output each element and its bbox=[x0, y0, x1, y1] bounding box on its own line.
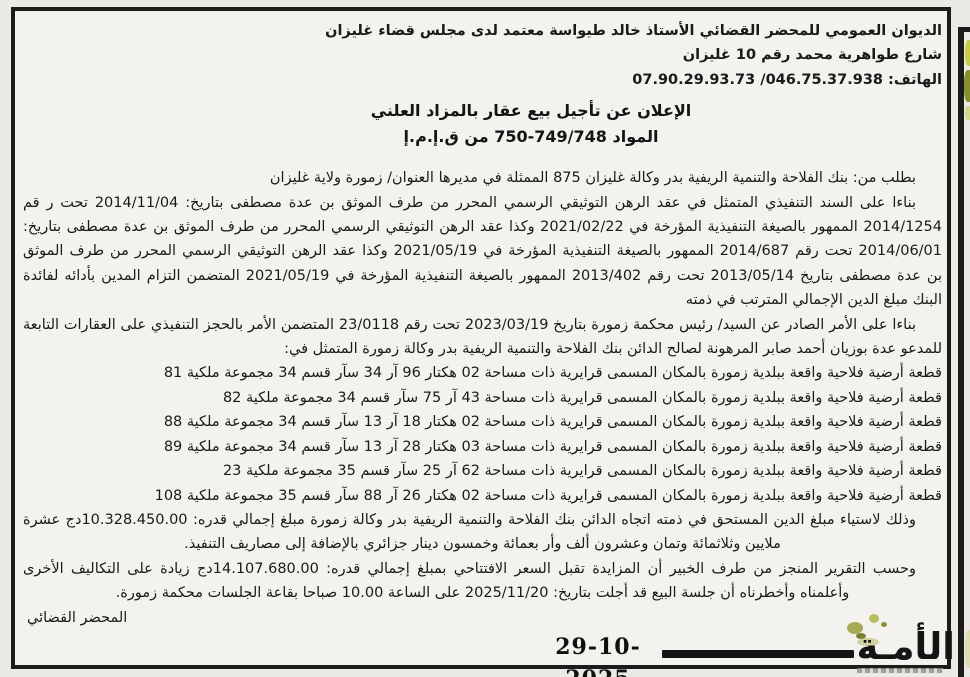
announcement-body: بطلب من: بنك الفلاحة والتنمية الريفية بد… bbox=[15, 166, 947, 605]
body-line: البنك مبلغ الدين الإجمالي المترتب في ذمت… bbox=[23, 288, 942, 312]
sparkle-ornament-icon bbox=[869, 614, 879, 623]
office-address-line: شارع طواهرية محمد رقم 10 غليزان bbox=[15, 43, 942, 67]
body-line: للمدعو عدة بوزيان أحمد صابر المرهونة لصا… bbox=[23, 337, 942, 361]
announcement-title: الإعلان عن تأجيل بيع عقار بالمزاد العلني… bbox=[65, 98, 970, 150]
plot-item: قطعة أرضية فلاحية واقعة ببلدية زمورة بال… bbox=[23, 435, 942, 459]
adjacent-column-border bbox=[958, 27, 964, 677]
newspaper-page: { "colors": { "ink": "#1a1a1a", "paper":… bbox=[0, 0, 970, 677]
adjacent-ad-ornament bbox=[965, 40, 970, 66]
plot-item: قطعة أرضية فلاحية واقعة ببلدية زمورة بال… bbox=[23, 459, 942, 483]
debt-amount-words-line: ملايين وثلاثمائة وتمان وعشرون ألف وأر بع… bbox=[23, 532, 942, 556]
announcement-frame: الديوان العمومي للمحضر القضائي الأستاذ خ… bbox=[11, 7, 951, 669]
plot-item: قطعة أرضية فلاحية واقعة ببلدية زمورة بال… bbox=[23, 361, 942, 385]
adjacent-ad-ornament bbox=[965, 630, 970, 668]
debt-amount-line: وذلك لاستياء مبلغ الدين المستحق في ذمته … bbox=[23, 508, 942, 532]
newspaper-logo-text: الأمـة bbox=[857, 628, 955, 666]
body-line: 2014/06/01 تحت رقم 2014/687 الممهور بالص… bbox=[23, 239, 942, 263]
adjacent-column-border-top bbox=[958, 27, 970, 32]
office-phone-line: الهاتف: 046.75.37.938/ 07.90.29.93.73 bbox=[15, 68, 942, 92]
body-line: بناءا على الأمر الصادر عن السيد/ رئيس مح… bbox=[23, 313, 942, 337]
adjacent-ad-ornament bbox=[964, 70, 970, 102]
body-line: بناءا على السند التنفيذي المتمثل في عقد … bbox=[23, 191, 942, 215]
adjacent-ad-ornament bbox=[965, 106, 970, 120]
plot-item: قطعة أرضية فلاحية واقعة ببلدية زمورة بال… bbox=[23, 410, 942, 434]
office-name-line: الديوان العمومي للمحضر القضائي الأستاذ خ… bbox=[15, 19, 942, 43]
publication-date: 29-10-2025 bbox=[528, 631, 668, 663]
bailiff-office-header: الديوان العمومي للمحضر القضائي الأستاذ خ… bbox=[15, 11, 947, 92]
body-line: 2014/1254 الممهور بالصيغة التنفيذية المؤ… bbox=[23, 215, 942, 239]
request-line: بطلب من: بنك الفلاحة والتنمية الريفية بد… bbox=[23, 166, 942, 190]
body-line: بن عدة مصطفى بتاريخ 2013/05/14 تحت رقم 2… bbox=[23, 264, 942, 288]
footer-divider-bar bbox=[662, 650, 854, 658]
opening-price-line: وحسب التقرير المنجز من طرف الخبير أن الم… bbox=[23, 557, 942, 581]
postponement-date-line: وأعلمناه وأخطرناه أن جلسة البيع قد أجلت … bbox=[23, 581, 942, 605]
newspaper-logo-tagline bbox=[857, 668, 943, 673]
title-line-1: الإعلان عن تأجيل بيع عقار بالمزاد العلني bbox=[65, 98, 970, 124]
title-line-2: المواد ⁦750-749/748⁩ من ق.إ.م.إ bbox=[65, 124, 970, 150]
plot-item: قطعة أرضية فلاحية واقعة ببلدية زمورة بال… bbox=[23, 484, 942, 508]
newspaper-logo: الأمـة bbox=[843, 612, 957, 676]
plot-item: قطعة أرضية فلاحية واقعة ببلدية زمورة بال… bbox=[23, 386, 942, 410]
bailiff-signature: المحضر القضائي bbox=[15, 606, 947, 630]
